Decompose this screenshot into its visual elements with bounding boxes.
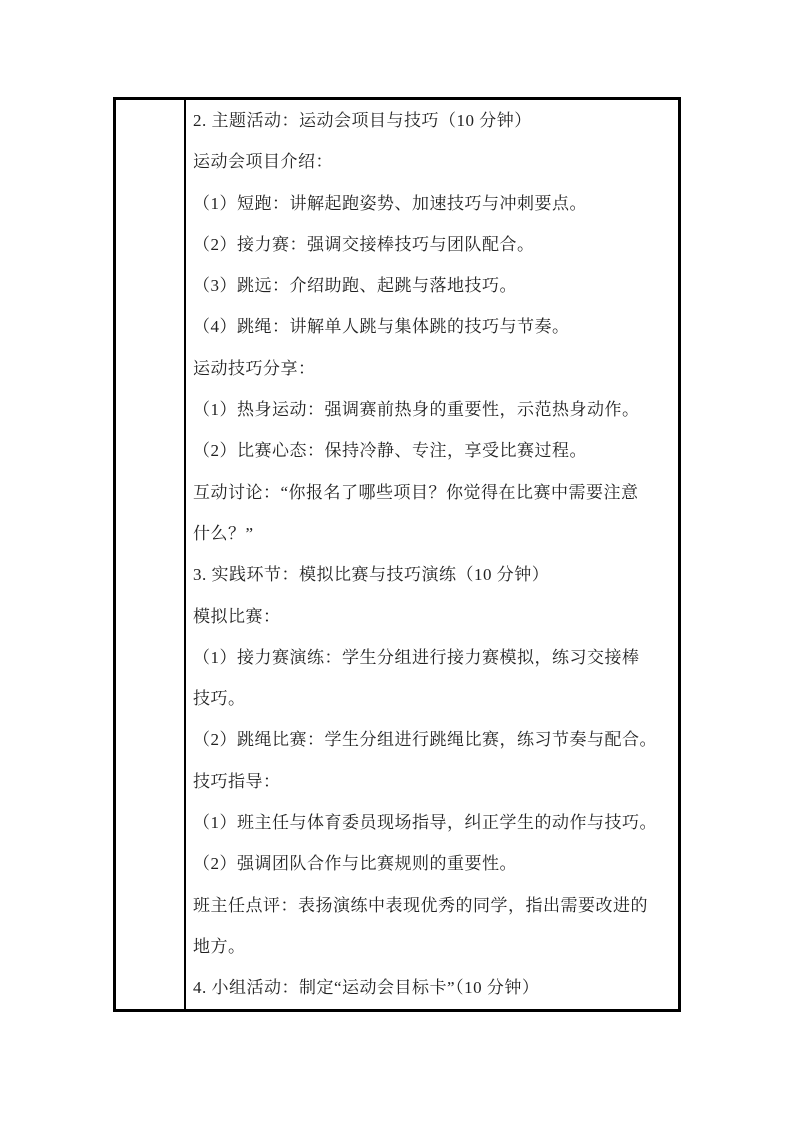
text-line: （2）跳绳比赛：学生分组进行跳绳比赛，练习节奏与配合。	[193, 719, 674, 760]
text-line: （2）强调团队合作与比赛规则的重要性。	[193, 843, 674, 884]
text-line: 地方。	[193, 926, 674, 967]
text-line: 4. 小组活动：制定“运动会目标卡”（10 分钟）	[193, 967, 674, 1008]
text-line: （1）热身运动：强调赛前热身的重要性，示范热身动作。	[193, 389, 674, 430]
text-line: 技巧指导：	[193, 761, 674, 802]
table-cell-content: 2. 主题活动：运动会项目与技巧（10 分钟） 运动会项目介绍： （1）短跑：讲…	[186, 100, 678, 1009]
text-line: 技巧。	[193, 678, 674, 719]
text-line: （2）接力赛：强调交接棒技巧与团队配合。	[193, 224, 674, 265]
text-line: 3. 实践环节：模拟比赛与技巧演练（10 分钟）	[193, 554, 674, 595]
text-line: （1）班主任与体育委员现场指导，纠正学生的动作与技巧。	[193, 802, 674, 843]
text-line: （4）跳绳：讲解单人跳与集体跳的技巧与节奏。	[193, 306, 674, 347]
text-line: 互动讨论：“你报名了哪些项目？你觉得在比赛中需要注意	[193, 472, 674, 513]
text-line: （3）跳远：介绍助跑、起跳与落地技巧。	[193, 265, 674, 306]
text-line: 运动会项目介绍：	[193, 141, 674, 182]
text-line: 模拟比赛：	[193, 596, 674, 637]
text-line: （1）短跑：讲解起跑姿势、加速技巧与冲刺要点。	[193, 183, 674, 224]
text-line: 2. 主题活动：运动会项目与技巧（10 分钟）	[193, 100, 674, 141]
text-line: （2）比赛心态：保持冷静、专注，享受比赛过程。	[193, 430, 674, 471]
text-line: （1）接力赛演练：学生分组进行接力赛模拟，练习交接棒	[193, 637, 674, 678]
table-cell-left-empty	[116, 100, 186, 1009]
text-line: 运动技巧分享：	[193, 348, 674, 389]
text-line: 班主任点评：表扬演练中表现优秀的同学，指出需要改进的	[193, 885, 674, 926]
lesson-plan-table: 2. 主题活动：运动会项目与技巧（10 分钟） 运动会项目介绍： （1）短跑：讲…	[113, 97, 681, 1012]
text-line: 什么？”	[193, 513, 674, 554]
document-page: 2. 主题活动：运动会项目与技巧（10 分钟） 运动会项目介绍： （1）短跑：讲…	[0, 0, 793, 1122]
